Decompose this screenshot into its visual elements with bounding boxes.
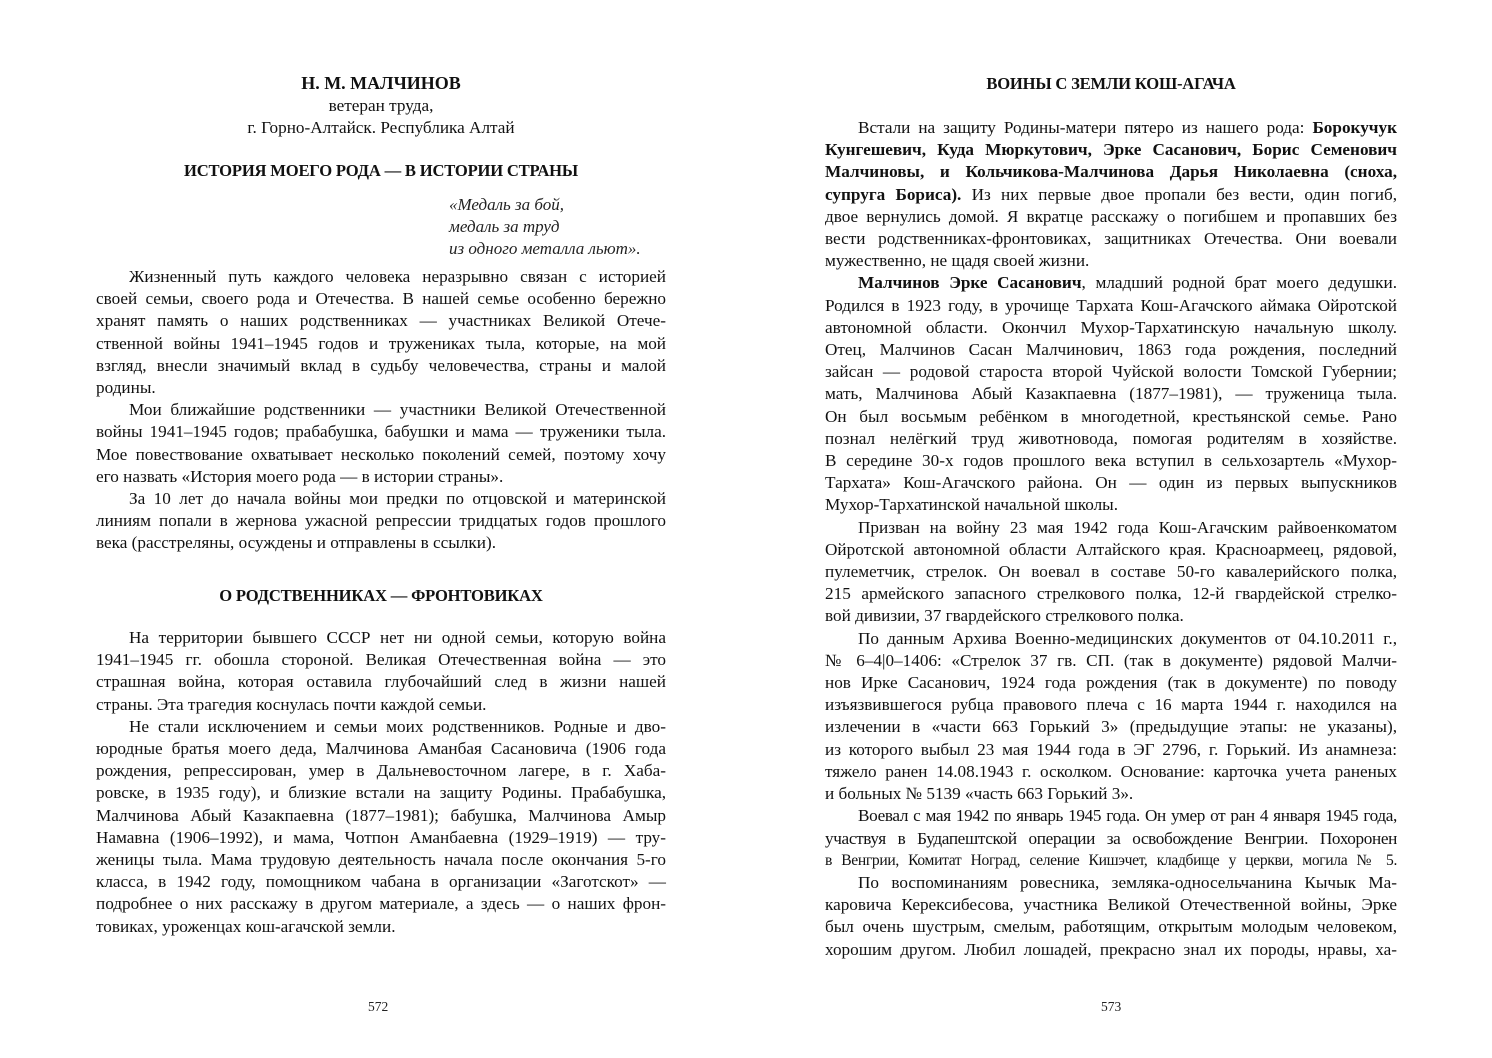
text-line: участвуя в Будапештской операции за осво… xyxy=(825,828,1397,850)
text-line: линиям попали в жернова ужасной репресси… xyxy=(96,510,666,532)
author-name: Н. М. МАЛЧИНОВ xyxy=(96,72,666,95)
text-line: пулеметчик, стрелок. Он воевал в составе… xyxy=(825,561,1397,583)
text-line: Родился в 1923 году, в урочище Тархата К… xyxy=(825,295,1397,317)
page-number: 572 xyxy=(368,999,388,1015)
paragraph: По воспоминаниям ровесника, земляка-одно… xyxy=(825,872,1397,961)
text-line: Призван на войну 23 мая 1942 года Кош-Аг… xyxy=(825,517,1397,539)
text-line: нов Ирке Сасанович, 1924 года рождения (… xyxy=(825,672,1397,694)
text-line: Намавна (1906–1992), и мама, Чотпон Аман… xyxy=(96,827,666,849)
intro-text: Жизненный путь каждого человека неразрыв… xyxy=(96,266,666,555)
paragraph: Мои ближайшие родственники — участники В… xyxy=(96,399,666,488)
section-title: О РОДСТВЕННИКАХ — ФРОНТОВИКАХ xyxy=(96,586,666,606)
text-line: был очень шустрым, смелым, работящим, от… xyxy=(825,916,1397,938)
text-line: страшная война, которая оставила глубоча… xyxy=(96,671,666,693)
left-page: Н. М. МАЛЧИНОВ ветеран труда, г. Горно-А… xyxy=(96,0,666,1058)
bold-names-line: Малчиновы, и Кольчикова-Малчинова Дарья … xyxy=(825,161,1397,183)
article-title: ВОИНЫ С ЗЕМЛИ КОШ-АГАЧА xyxy=(825,74,1397,94)
author-role: ветеран труда, xyxy=(96,95,666,118)
text-line: зайсан — родовой староста второй Чуйской… xyxy=(825,361,1397,383)
text-line: мать, Малчинова Абый Казакпаевна (1877–1… xyxy=(825,383,1397,405)
text-line: в Венгрии, Комитат Ноград, селение Кишэч… xyxy=(825,850,1397,872)
epigraph-line: «Медаль за бой, xyxy=(449,194,641,216)
text-line: Воевал с мая 1942 по январь 1945 года. О… xyxy=(825,805,1397,827)
paragraph: Призван на войну 23 мая 1942 года Кош-Аг… xyxy=(825,517,1397,628)
text-line: Ойротской автономной области Алтайского … xyxy=(825,539,1397,561)
author-location: г. Горно-Алтайск. Республика Алтай xyxy=(96,117,666,140)
text-line: хранят память о наших родственниках — уч… xyxy=(96,310,666,332)
text-line: и больных № 5139 «часть 663 Горький 3». xyxy=(825,783,1397,805)
section-text: На территории бывшего СССР нет ни одной … xyxy=(96,627,666,938)
text-line: каровича Керексибесова, участника Велико… xyxy=(825,894,1397,916)
right-page: ВОИНЫ С ЗЕМЛИ КОШ-АГАЧА Встали на защиту… xyxy=(825,0,1397,1058)
text-line: Малчинов Эрке Сасанович, младший родной … xyxy=(825,272,1397,294)
text-line: Малчинова Абый Казакпаевна (1877–1981); … xyxy=(96,805,666,827)
paragraph: Встали на защиту Родины-матери пятеро из… xyxy=(825,117,1397,272)
text-line: По данным Архива Военно-медицинских доку… xyxy=(825,628,1397,650)
text-line: войны 1941–1945 годов; прабабушка, бабуш… xyxy=(96,421,666,443)
text-line: автономной области. Окончил Мухор-Тархат… xyxy=(825,317,1397,339)
person-name: Малчинов Эрке Сасанович xyxy=(858,273,1082,292)
article-title: ИСТОРИЯ МОЕГО РОДА — В ИСТОРИИ СТРАНЫ xyxy=(96,161,666,181)
text-line: Отец, Малчинов Сасан Малчинович, 1863 го… xyxy=(825,339,1397,361)
text-line: страны. Эта трагедия коснулась почти каж… xyxy=(96,694,666,716)
text-line: Мухор-Тархатинской начальной школы. xyxy=(825,494,1397,516)
paragraph: За 10 лет до начала войны мои предки по … xyxy=(96,488,666,555)
text-line: юродные братья моего деда, Малчинова Ама… xyxy=(96,738,666,760)
text-line: подробнее о них расскажу в другом матери… xyxy=(96,893,666,915)
text-line: двое вернулись домой. Я вкратце расскажу… xyxy=(825,206,1397,228)
text-line: вой дивизии, 37 гвардейского стрелкового… xyxy=(825,605,1397,627)
text-line: женицы тыла. Мама трудовую деятельность … xyxy=(96,849,666,871)
bold-names-line: Кунгешевич, Куда Мюркутович, Эрке Сасано… xyxy=(825,139,1397,161)
text-line: познал нелёгкий труд животновода, помога… xyxy=(825,428,1397,450)
text-run: , младший родной брат моего дедушки. xyxy=(1082,273,1397,292)
paragraph: Не стали исключением и семьи моих родств… xyxy=(96,716,666,938)
text-line: взгляд, внесли значимый вклад в судьбу ч… xyxy=(96,355,666,377)
text-line: хорошим другом. Любил лошадей, прекрасно… xyxy=(825,939,1397,961)
text-line: № 6–4|0–1406: «Стрелок 37 гв. СП. (так в… xyxy=(825,650,1397,672)
epigraph-line: медаль за труд xyxy=(449,216,641,238)
text-line: По воспоминаниям ровесника, земляка-одно… xyxy=(825,872,1397,894)
text-line: товиках, уроженцах кош-агачской земли. xyxy=(96,916,666,938)
text-line: рождения, репрессирован, умер в Дальнево… xyxy=(96,760,666,782)
text-line: Не стали исключением и семьи моих родств… xyxy=(96,716,666,738)
text-line: супруга Бориса). Из них первые двое проп… xyxy=(825,184,1397,206)
text-line: За 10 лет до начала войны мои предки по … xyxy=(96,488,666,510)
text-line: Мои ближайшие родственники — участники В… xyxy=(96,399,666,421)
text-line: ровске, в 1935 году), и близкие встали н… xyxy=(96,782,666,804)
epigraph-line: из одного металла льют». xyxy=(449,238,641,260)
text-line: В середине 30-х годов прошлого века всту… xyxy=(825,450,1397,472)
text-line: из которого выбыл 23 мая 1944 года в ЭГ … xyxy=(825,739,1397,761)
body-text: Встали на защиту Родины-матери пятеро из… xyxy=(825,117,1397,961)
paragraph: Воевал с мая 1942 по январь 1945 года. О… xyxy=(825,805,1397,872)
text-line: Встали на защиту Родины-матери пятеро из… xyxy=(825,117,1397,139)
text-line: Он был восьмым ребёнком в многодетной, к… xyxy=(825,406,1397,428)
paragraph: Жизненный путь каждого человека неразрыв… xyxy=(96,266,666,399)
paragraph: По данным Архива Военно-медицинских доку… xyxy=(825,628,1397,806)
text-line: изъязвившегося рубца правового плеча с 1… xyxy=(825,694,1397,716)
paragraph: Малчинов Эрке Сасанович, младший родной … xyxy=(825,272,1397,516)
text-line: родины. xyxy=(96,377,666,399)
text-line: ственной войны 1941–1945 годов и тружени… xyxy=(96,333,666,355)
text-run: Встали на защиту Родины-матери пятеро из… xyxy=(858,118,1312,137)
text-line: Жизненный путь каждого человека неразрыв… xyxy=(96,266,666,288)
author-block: Н. М. МАЛЧИНОВ ветеран труда, г. Горно-А… xyxy=(96,72,666,140)
text-line: своей семьи, своего рода и Отечества. В … xyxy=(96,288,666,310)
text-line: 1941–1945 гг. обошла стороной. Великая О… xyxy=(96,649,666,671)
text-line: 215 армейского запасного стрелкового пол… xyxy=(825,583,1397,605)
paragraph: На территории бывшего СССР нет ни одной … xyxy=(96,627,666,716)
bold-name: Борокучук xyxy=(1312,118,1397,137)
text-line: На территории бывшего СССР нет ни одной … xyxy=(96,627,666,649)
text-line: его назвать «История моего рода — в исто… xyxy=(96,466,666,488)
text-line: класса, в 1942 году, помощником чабана в… xyxy=(96,871,666,893)
text-line: века (расстреляны, осуждены и отправлены… xyxy=(96,532,666,554)
epigraph: «Медаль за бой, медаль за труд из одного… xyxy=(449,194,641,260)
text-line: Тархата» Кош-Агачского района. Он — один… xyxy=(825,472,1397,494)
text-line: излечении в «части 663 Горький 3» (преды… xyxy=(825,716,1397,738)
text-run: Из них первые двое пропали без вести, од… xyxy=(961,185,1397,204)
text-line: Мое повествование охватывает несколько п… xyxy=(96,444,666,466)
text-line: мужественно, не щадя своей жизни. xyxy=(825,250,1397,272)
bold-name: супруга Бориса). xyxy=(825,185,961,204)
text-line: вести родственниках-фронтовиках, защитни… xyxy=(825,228,1397,250)
text-line: тяжело ранен 14.08.1943 г. осколком. Осн… xyxy=(825,761,1397,783)
page-number: 573 xyxy=(1101,999,1121,1015)
